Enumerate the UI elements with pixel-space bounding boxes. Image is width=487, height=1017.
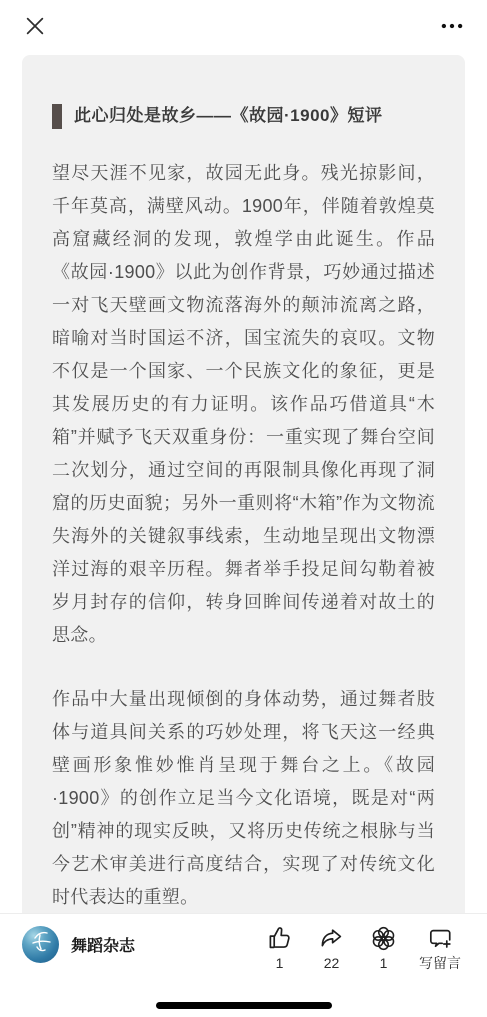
article-card: 此心归处是故乡——《故园·1900》短评 望尽天涯不见家，故园无此身。残光掠影间…	[22, 55, 465, 979]
like-button[interactable]: 1	[255, 925, 304, 971]
like-count: 1	[276, 955, 284, 971]
forward-share-icon	[318, 925, 345, 952]
top-bar	[0, 0, 487, 55]
article-paragraph-2: 作品中大量出现倾倒的身体动势，通过舞者肢体与道具间关系的巧妙处理，将飞天这一经典…	[52, 683, 435, 914]
article-title: 此心归处是故乡——《故园·1900》短评	[74, 103, 382, 129]
close-button[interactable]	[20, 13, 50, 43]
dance-magazine-logo-icon	[26, 927, 56, 962]
thumbs-up-icon	[266, 925, 293, 952]
comment-plus-icon	[427, 925, 454, 952]
article-title-row: 此心归处是故乡——《故园·1900》短评	[52, 103, 435, 129]
comment-label: 写留言	[419, 955, 461, 971]
wow-button[interactable]: 1	[359, 925, 408, 971]
wow-count: 1	[380, 955, 388, 971]
share-count: 22	[324, 955, 340, 971]
action-buttons: 1 22 1	[255, 925, 469, 971]
share-button[interactable]: 22	[307, 925, 356, 971]
ellipsis-icon	[439, 13, 465, 42]
account-name[interactable]: 舞蹈杂志	[71, 933, 135, 956]
home-indicator-bar[interactable]	[156, 1002, 332, 1009]
title-marker-bar	[52, 104, 62, 129]
account-avatar[interactable]	[22, 926, 59, 963]
close-icon	[22, 13, 48, 42]
more-button[interactable]	[437, 13, 467, 43]
wow-flower-icon	[370, 925, 397, 952]
article-paragraph-1: 望尽天涯不见家，故园无此身。残光掠影间，千年莫高，满壁风动。1900年，伴随着敦…	[52, 157, 435, 652]
account-link[interactable]: 舞蹈杂志	[22, 925, 135, 963]
comment-button[interactable]: 写留言	[411, 925, 469, 971]
